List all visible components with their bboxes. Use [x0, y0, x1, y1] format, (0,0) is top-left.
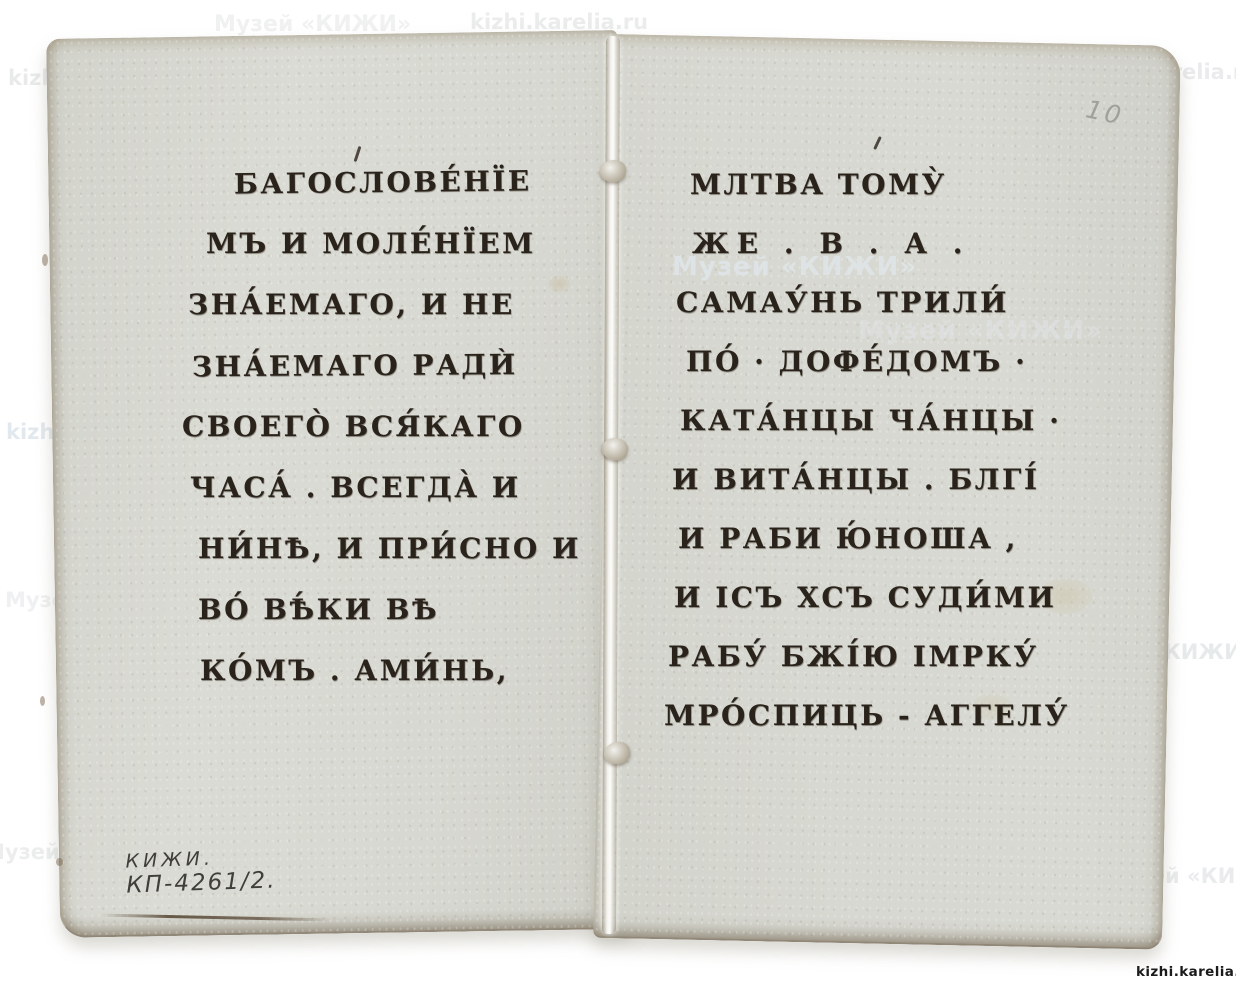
page-edge-speck [40, 696, 45, 706]
manuscript-line: МЪ И МОЛЕ́НЇЕМ [180, 227, 581, 288]
manuscript-line: И РАБИ Ю́НОША , [662, 522, 1070, 581]
manuscript-line: НИ́НѢ, И ПРИ́СНО И [180, 532, 581, 593]
manuscript-line: РАБУ́ БЖІ́Ю ІМРКУ́ [662, 640, 1070, 699]
manuscript-line: ЖЕ . В . А . [662, 227, 1070, 286]
manuscript-line: БАГОСЛОВЕ́НЇЕ [180, 164, 582, 229]
manuscript-text-left: БАГОСЛОВЕ́НЇЕ МЪ И МОЛЕ́НЇЕМ ЗНА́ЕМАГО, … [180, 166, 581, 715]
manuscript-line: ЗНА́ЕМАГО РАДЍ [180, 348, 581, 412]
manuscript-line: КАТА́НЦЫ ЧА́НЦЫ · [662, 404, 1070, 463]
manuscript-line: И ВИТА́НЦЫ . БЛГІ́ [662, 463, 1070, 522]
manuscript-line: КО́МЪ . АМИ́НЬ, [180, 654, 581, 715]
manuscript-line: ПО́ · ДОФЕ́ДОМЪ · [662, 345, 1070, 404]
page-edge-speck [56, 858, 63, 866]
watermark-site-bottom-right: kizhi.karelia.ru [1136, 964, 1236, 980]
manuscript-line: ЧАСА́ . ВСЕГДА̀ И [180, 471, 581, 532]
inventory-stamp: КИЖИ. КП-4261/2. [125, 845, 277, 898]
manuscript-line: МЛТВА ТОМУ̀ [662, 168, 1070, 227]
manuscript-line: ЗНА́ЕМАГО, И НЕ [180, 288, 581, 349]
page-edge-speck [42, 254, 48, 266]
stitch-thread-knot [600, 160, 626, 182]
manuscript-line: САМАУ́НЬ ТРИЛИ́ [662, 286, 1070, 345]
stamp-line-2: КП-4261/2. [126, 867, 277, 898]
manuscript-line: ВО́ ВѢ́КИ ВѢ [180, 593, 581, 654]
manuscript-line: СВОЕГО̀ ВСЯ́КАГО [180, 410, 581, 471]
manuscript-line: МРО́СПИЦЬ - АГГЕЛУ́ [662, 699, 1070, 758]
manuscript-photo: Музей «КИЖИ» kizhi.karelia.ru kizhi.kare… [0, 0, 1236, 990]
manuscript-text-right: МЛТВА ТОМУ̀ ЖЕ . В . А . САМАУ́НЬ ТРИЛИ́… [662, 168, 1070, 758]
manuscript-line: И ІСЪ ХСЪ СУДИ́МИ [662, 581, 1070, 640]
